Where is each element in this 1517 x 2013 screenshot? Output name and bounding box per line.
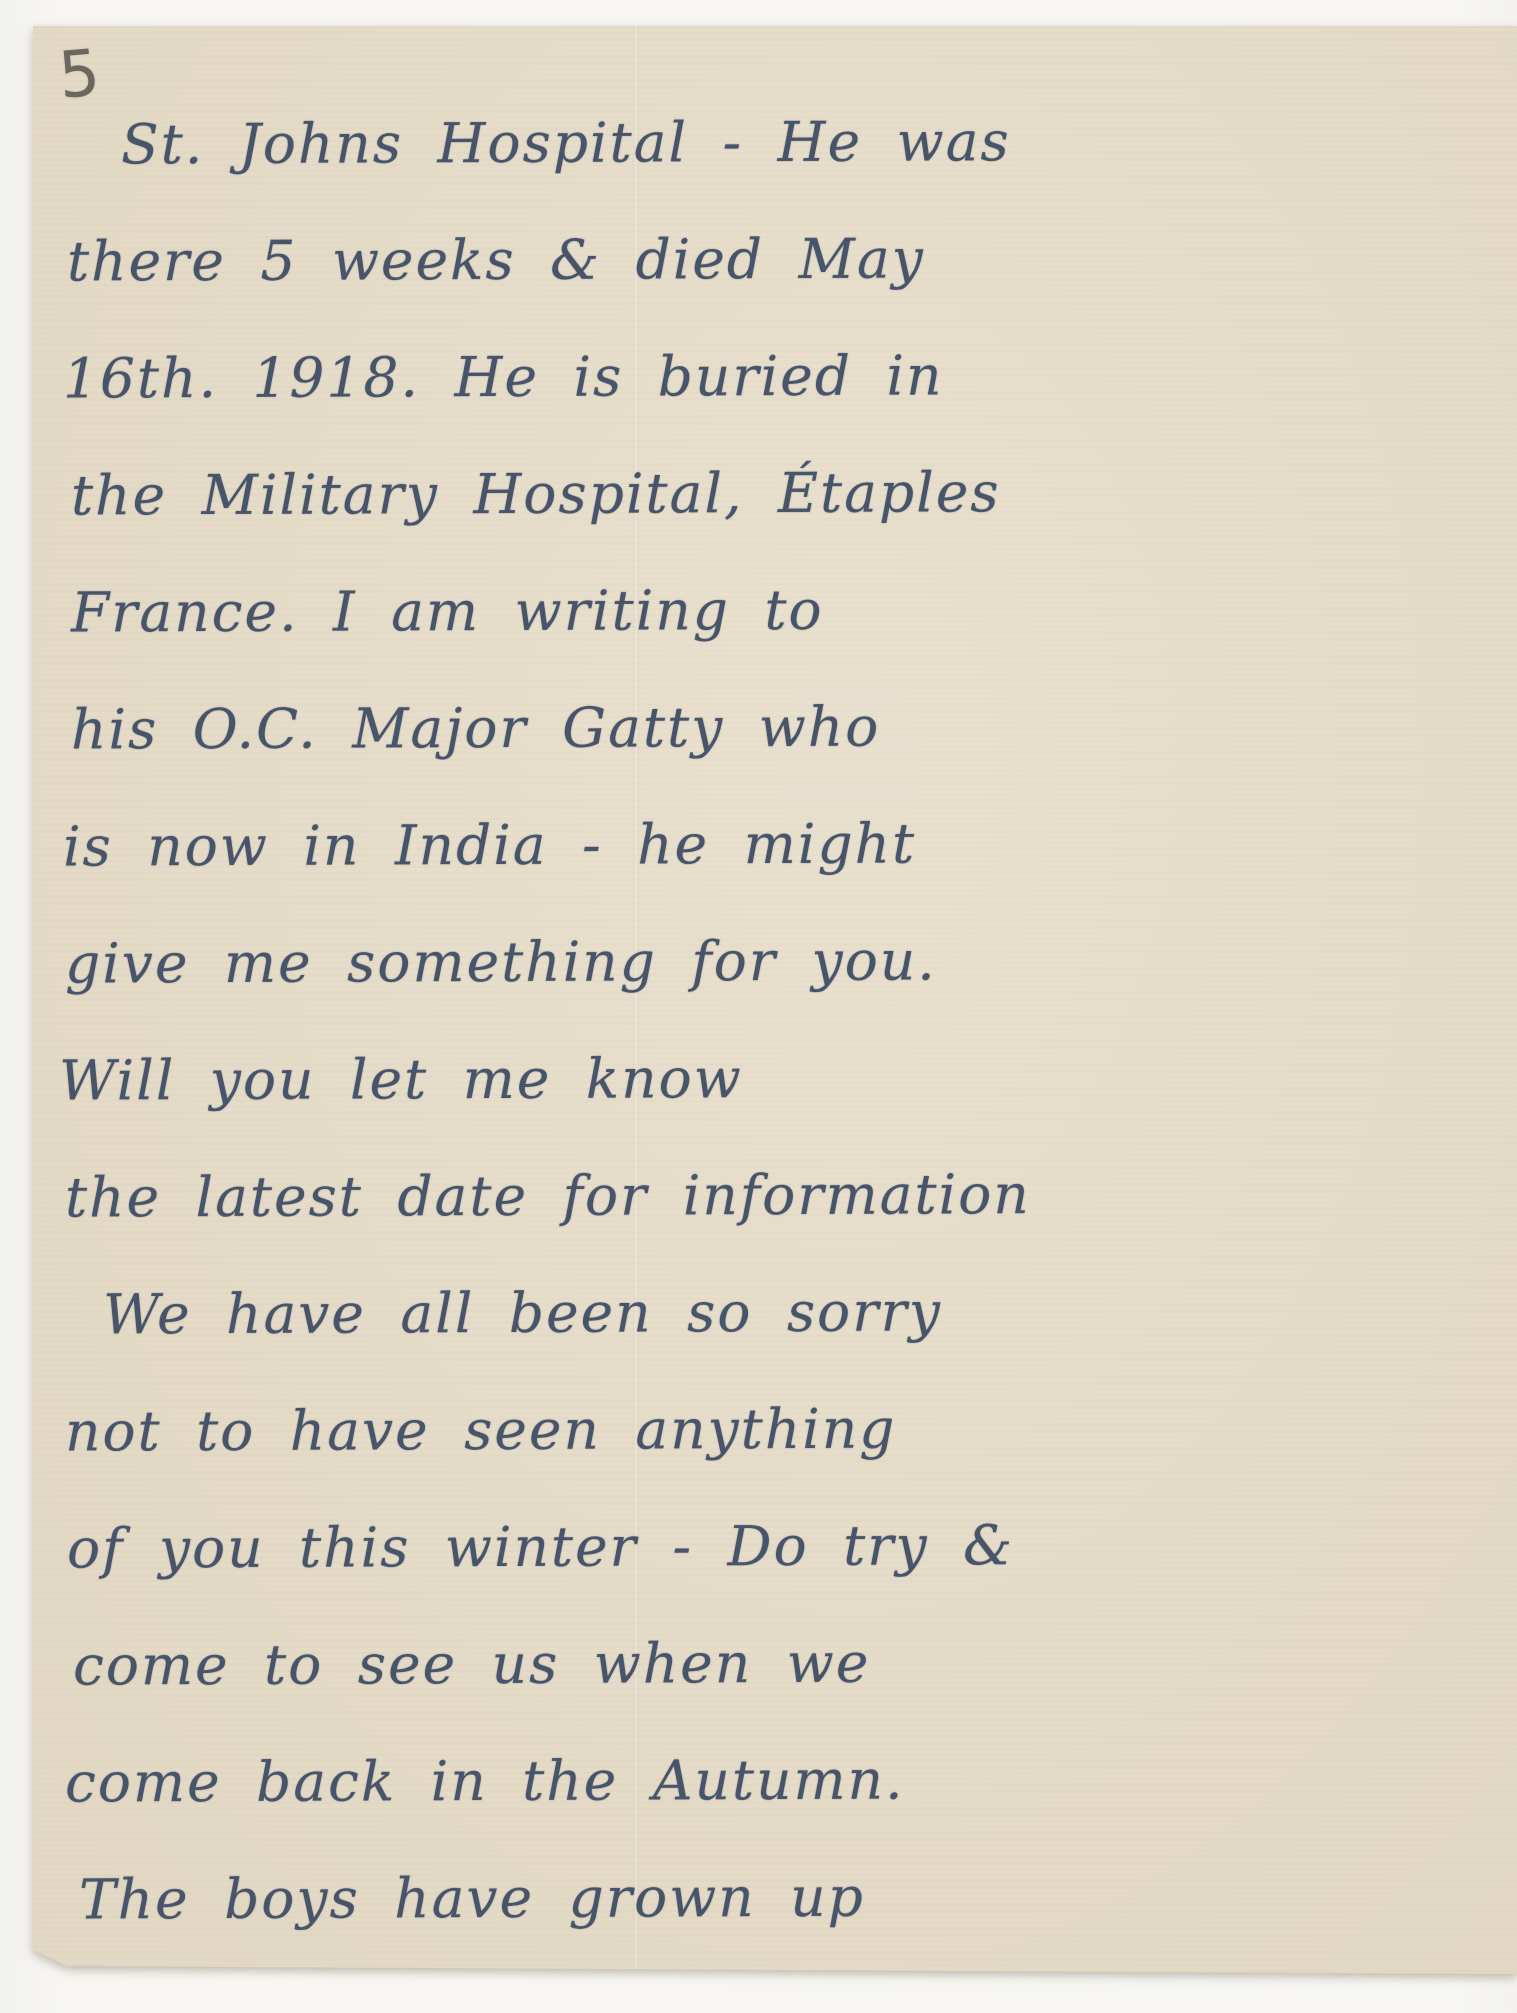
handwriting-line: his O.C. Major Gatty who	[59, 666, 1517, 788]
handwriting-line: The boys have grown up	[59, 1836, 1517, 1958]
handwriting-line: give me something for you.	[59, 900, 1517, 1022]
handwriting-line: is now in India - he might	[59, 783, 1517, 905]
handwriting-line: not to have seen anything	[59, 1368, 1517, 1490]
handwriting-line: We have all been so sorry	[59, 1251, 1517, 1373]
letter-body: St. Johns Hospital - He was there 5 week…	[59, 84, 1517, 1956]
handwriting-line: of you this winter - Do try &	[59, 1485, 1517, 1607]
handwriting-line: come to see us when we	[59, 1602, 1517, 1724]
handwriting-line: 16th. 1918. He is buried in	[59, 315, 1517, 437]
handwriting-line: there 5 weeks & died May	[59, 198, 1517, 320]
letter-paper: 5 St. Johns Hospital - He was there 5 we…	[33, 26, 1517, 1974]
letter-paper-wrapper: 5 St. Johns Hospital - He was there 5 we…	[33, 26, 1517, 1974]
handwriting-line: the latest date for information	[59, 1134, 1517, 1256]
handwriting-line: come back in the Autumn.	[59, 1719, 1517, 1841]
handwriting-line: Will you let me know	[59, 1017, 1517, 1139]
handwriting-line: France. I am writing to	[59, 549, 1517, 671]
handwriting-line: the Military Hospital, Étaples	[59, 432, 1517, 554]
handwriting-line: St. Johns Hospital - He was	[59, 81, 1517, 203]
